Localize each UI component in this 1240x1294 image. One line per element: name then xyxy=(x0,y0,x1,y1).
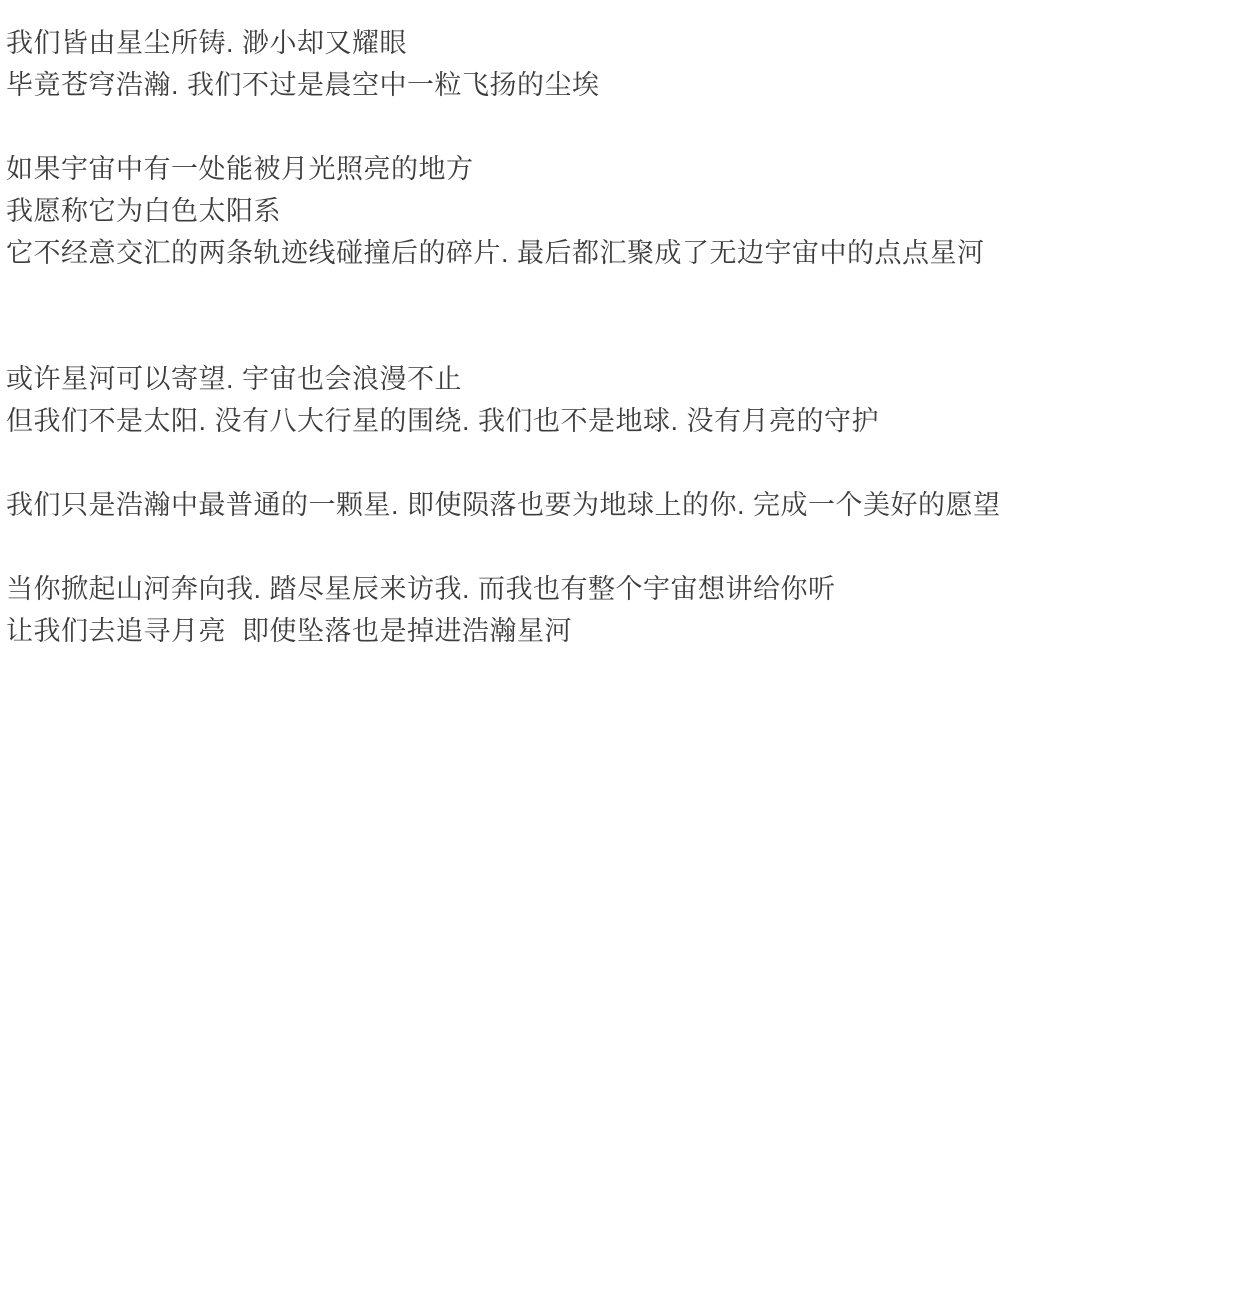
lyrics-block: 我们皆由星尘所铸. 渺小却又耀眼 毕竟苍穹浩瀚. 我们不过是晨空中一粒飞扬的尘埃… xyxy=(6,22,1230,652)
lyric-line: 它不经意交汇的两条轨迹线碰撞后的碎片. 最后都汇聚成了无边宇宙中的点点星河 xyxy=(6,232,1230,274)
lyric-line-blank xyxy=(6,316,1230,358)
lyric-line: 或许星河可以寄望. 宇宙也会浪漫不止 xyxy=(6,358,1230,400)
lyric-line: 当你掀起山河奔向我. 踏尽星辰来访我. 而我也有整个宇宙想讲给你听 xyxy=(6,568,1230,610)
lyric-line-blank xyxy=(6,526,1230,568)
lyric-line: 毕竟苍穹浩瀚. 我们不过是晨空中一粒飞扬的尘埃 xyxy=(6,64,1230,106)
lyric-line: 我们皆由星尘所铸. 渺小却又耀眼 xyxy=(6,22,1230,64)
lyric-line: 让我们去追寻月亮 即使坠落也是掉进浩瀚星河 xyxy=(6,610,1230,652)
lyric-line-blank xyxy=(6,106,1230,148)
lyric-line: 我愿称它为白色太阳系 xyxy=(6,190,1230,232)
lyric-line-blank xyxy=(6,274,1230,316)
lyric-line: 我们只是浩瀚中最普通的一颗星. 即使陨落也要为地球上的你. 完成一个美好的愿望 xyxy=(6,484,1230,526)
lyric-line: 如果宇宙中有一处能被月光照亮的地方 xyxy=(6,148,1230,190)
lyrics-page: 我们皆由星尘所铸. 渺小却又耀眼 毕竟苍穹浩瀚. 我们不过是晨空中一粒飞扬的尘埃… xyxy=(0,0,1240,1294)
lyric-line: 但我们不是太阳. 没有八大行星的围绕. 我们也不是地球. 没有月亮的守护 xyxy=(6,400,1230,442)
lyric-line-blank xyxy=(6,442,1230,484)
